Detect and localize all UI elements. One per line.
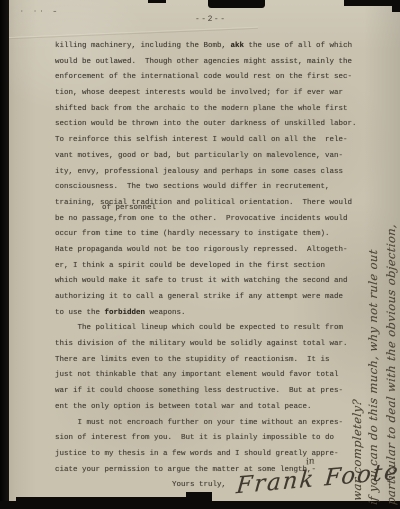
letter-line: sion of interest from you. But it is pla…	[55, 431, 365, 447]
letter-line: There are limits even to the stupidity o…	[55, 353, 365, 369]
letter-line: ity, envy, professional jealousy and per…	[55, 165, 365, 181]
letter-line: To reinforce this selfish interest I wou…	[55, 133, 365, 149]
letter-line: just not thinkable that any important el…	[55, 368, 365, 384]
letter-line: authorizing it to call a general strike …	[55, 290, 365, 306]
letter-line: to use the forbidden weapons.	[55, 306, 365, 322]
letter-line: would be outlawed. Though other agencies…	[55, 55, 365, 71]
letter-line: tion, whose deepest interests would be i…	[55, 86, 365, 102]
letter-line: er, I think a spirit could be developed …	[55, 259, 365, 275]
letter-line: ent the only option is between total war…	[55, 400, 365, 416]
scan-border-bottom-thick	[16, 497, 194, 509]
scan-border-top-right-corner	[392, 0, 400, 12]
letter-body: killing machinery, including the Bomb, a…	[55, 39, 365, 494]
scan-border-bottom-notch	[186, 492, 212, 509]
letter-line: which would make it safe to trust it wit…	[55, 274, 365, 290]
letter-line: killing machinery, including the Bomb, a…	[55, 39, 365, 55]
letter-line: I must not encroach further on your time…	[55, 416, 365, 432]
scan-border-top-sliver	[148, 0, 166, 3]
letter-line: occur from time to time (hardly necessar…	[55, 227, 365, 243]
letter-line: section would be thrown into the outer d…	[55, 117, 365, 133]
page-number: --2--	[195, 15, 227, 24]
scanned-letter-page: · ·· – --2-- killing machinery, includin…	[0, 0, 400, 509]
pencil-corner-marks: · ·· –	[20, 8, 60, 15]
letter-line: Hate propaganda would not be too rigorou…	[55, 243, 365, 259]
letter-line: The political lineup which could be expe…	[55, 321, 365, 337]
letter-line: justice to my thesis in a few words and …	[55, 447, 365, 463]
letter-line: this division of the military would be s…	[55, 337, 365, 353]
letter-line: war if it could choose something less de…	[55, 384, 365, 400]
letter-line: be no passage,from one to the other. Pro…	[55, 212, 365, 228]
letter-line: vant motives, good or bad, but particula…	[55, 149, 365, 165]
scan-border-top-tab	[208, 0, 265, 8]
scan-border-left	[0, 0, 9, 509]
letter-line: consciousness. The two sections would di…	[55, 180, 365, 196]
letter-line: shifted back from the archaic to the mod…	[55, 102, 365, 118]
letter-line: enforcement of the international code wo…	[55, 70, 365, 86]
